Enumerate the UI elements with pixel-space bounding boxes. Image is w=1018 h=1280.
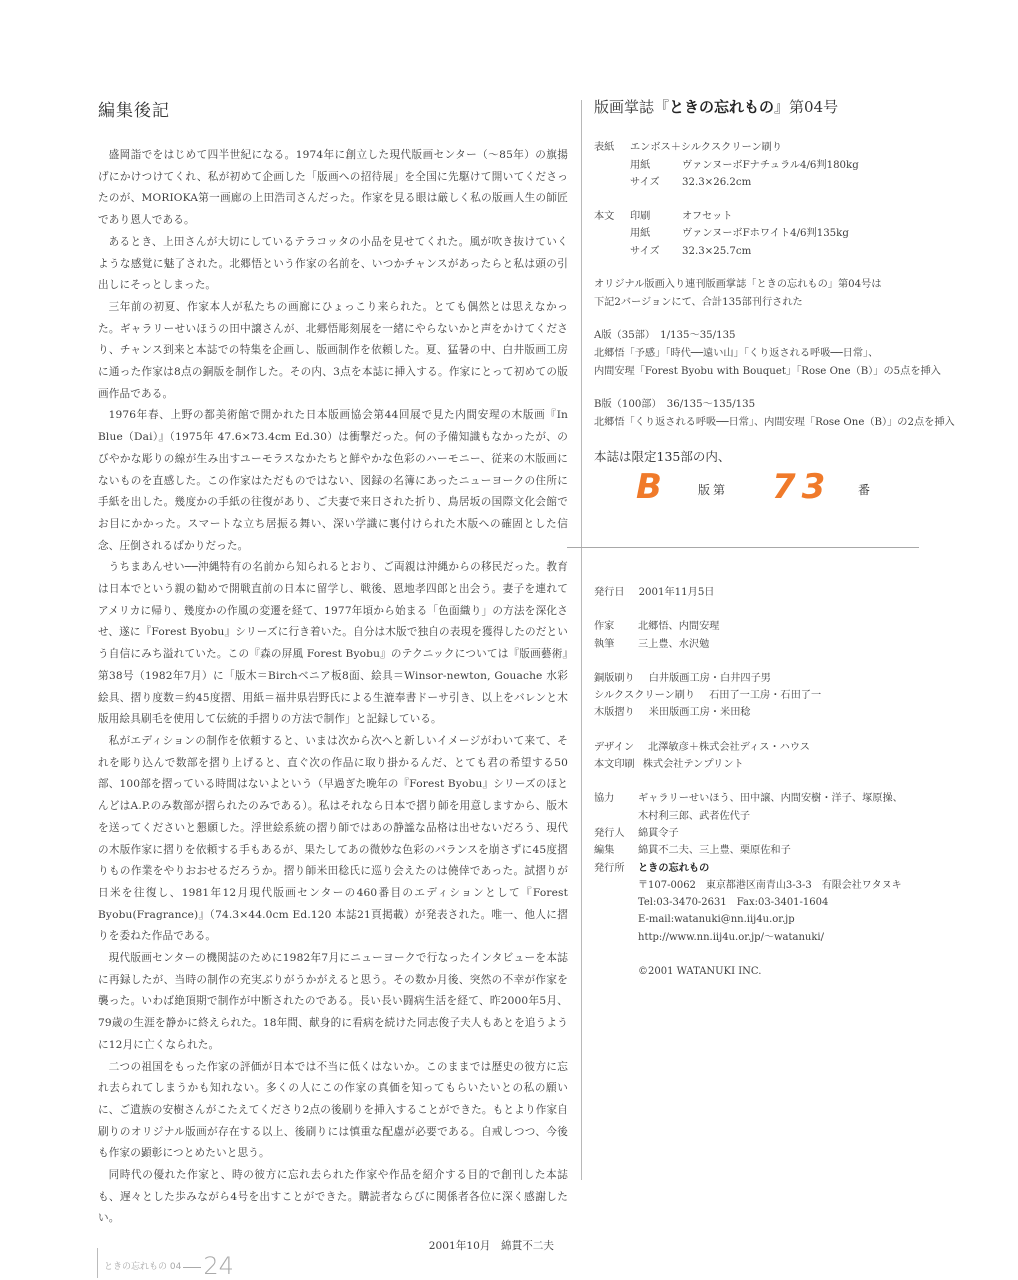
edition-b-line: 北郷悟「くり返される呼吸──日常」、内間安瑆「Rose One（B）」の2点を挿… [594,414,984,432]
publisher-phone-fax: Tel:03-3470-2631 Fax:03-3401-1604 [594,894,994,911]
colophon-key: シルクスクリーン刷り [594,687,695,704]
limited-edition-text: 本誌は限定135部の内、 [594,447,984,465]
colophon-value: 米田版画工房・米田稔 [649,704,751,721]
intro-line: 下記2バージョンにて、合計135部刊行された [594,294,984,312]
publisher-address: 〒107-0062 東京都港区南青山3-3-3 有限会社ワタヌキ [594,877,994,894]
colophon-key: 銅版刷り [594,670,635,687]
colophon-value: 北郷悟、内間安瑆 [638,618,720,635]
colophon-value: 北澤敏彦＋株式会社ディス・ハウス [648,739,810,756]
edition-b: B版（100部） 36/135〜135/135 北郷悟「くり返される呼吸──日常… [594,396,984,432]
colophon-key: 発行人 [594,825,638,842]
publisher-email[interactable]: E-mail:watanuki@nn.iij4u.or.jp [594,911,994,928]
colophon-value: 綿貫不二夫、三上豊、栗原佐和子 [638,842,791,859]
editorial-paragraph: 1976年春、上野の都美術館で開かれた日本版画協会第44回展で見た内間安瑆の木版… [98,405,568,557]
spec-heading: 表紙 [594,139,630,157]
editorial-paragraph: あるとき、上田さんが大切にしているテラコッタの小品を見せてくれた。風が吹き抜けて… [98,232,568,297]
colophon-key: 協力 [594,790,638,807]
footer-magazine-name: ときの忘れもの 04 [104,1259,181,1272]
editorial-paragraph: 二つの祖国をもった作家の評価が日本では不当に低くはないか。このままでは歴史の彼方… [98,1057,568,1166]
colophon-key: 発行日 [594,584,625,601]
colophon-value: 綿貫令子 [638,825,679,842]
publisher-logo: ときの忘れもの [638,860,709,877]
spec-key: サイズ [630,243,682,261]
handwritten-edition-letter: B [636,467,662,507]
section-divider [567,547,919,548]
magazine-title-prefix: 版画掌誌『 [594,98,669,116]
edition-numbering: B 版第 73 番 [594,471,984,517]
cover-spec: 表紙エンボス＋シルクスクリーン刷り 用紙ヴァンヌーボFナチュラル4/6判180k… [594,139,984,192]
spec-key: 印刷 [630,208,682,226]
copyright: ©2001 WATANUKI INC. [594,963,994,980]
spec-value: 32.3×25.7cm [682,243,751,261]
column-divider [581,100,582,1180]
colophon-value: 木村利三郎、武者佐代子 [594,808,994,825]
handwritten-copy-number: 73 [772,467,831,507]
edition-intro: オリジナル版画入り連刊版画掌誌「ときの忘れもの」第04号は 下記2バージョンにて… [594,276,984,312]
colophon-key: デザイン [594,739,634,756]
body-spec: 本文印刷オフセット 用紙ヴァンヌーボFホワイト4/6判135kg サイズ32.3… [594,208,984,261]
editorial-paragraph: 三年前の初夏、作家本人が私たちの画廊にひょっこり来られた。とても偶然とは思えなか… [98,297,568,406]
colophon-value: 株式会社テンプリント [643,756,744,773]
edition-a-line: A版（35部） 1/135〜35/135 [594,327,984,345]
editorial-paragraph: 同時代の優れた作家と、時の彼方に忘れ去られた作家や作品を紹介する目的で創刊した本… [98,1165,568,1230]
colophon-value: 2001年11月5日 [639,584,715,601]
page-number: 24 [203,1254,234,1278]
colophon: 発行日2001年11月5日 作家北郷悟、内間安瑆 執筆三上豊、水沢勉 銅版刷り白… [594,584,994,980]
spec-key: サイズ [630,174,682,192]
colophon-value: ギャラリーせいほう、田中譲、内間安樹・洋子、塚原操、 [638,790,903,807]
spec-key: 用紙 [630,157,682,175]
colophon-value: 三上豊、水沢勉 [638,636,709,653]
spec-key: 用紙 [630,225,682,243]
colophon-value: 白井版画工房・白井四子男 [649,670,771,687]
spec-value: オフセット [682,208,733,226]
colophon-value: 石田了一工房・石田了一 [709,687,821,704]
number-label: 番 [858,481,873,498]
edition-label: 版第 [698,481,728,498]
colophon-key: 執筆 [594,636,638,653]
edition-b-line: B版（100部） 36/135〜135/135 [594,396,984,414]
editorial-paragraph: 私がエディションの制作を依頼すると、いまは次から次へと新しいイメージがわいて来て… [98,731,568,948]
editorial-paragraph: 盛岡詣でをはじめて四半世紀になる。1974年に創立した現代版画センター（〜85年… [98,145,568,232]
edition-a: A版（35部） 1/135〜35/135 北郷悟「予感」「時代──遠い山」「くり… [594,327,984,381]
spec-value: ヴァンヌーボFホワイト4/6判135kg [682,225,849,243]
magazine-logo: ときの忘れもの [669,98,774,116]
colophon-key: 編集 [594,842,638,859]
page-footer: ときの忘れもの 04 24 [97,1248,234,1278]
footer-dash [183,1267,201,1268]
spec-value: 32.3×26.2cm [682,174,751,192]
colophon-key: 発行所 [594,860,638,877]
colophon-key: 本文印刷 [594,756,635,773]
spec-value: エンボス＋シルクスクリーン刷り [630,139,782,157]
editorial-section: 編集後記 盛岡詣でをはじめて四半世紀になる。1974年に創立した現代版画センター… [98,96,568,1253]
edition-a-line: 北郷悟「予感」「時代──遠い山」「くり返される呼吸──日常」、 [594,345,984,363]
editorial-paragraph: うちまあんせい──沖縄特有の名前から知られるとおり、ご両親は沖縄からの移民だった… [98,557,568,731]
magazine-title: 版画掌誌『ときの忘れもの』第04号 [594,96,984,117]
editorial-paragraph: 現代版画センターの機関誌のために1982年7月にニューヨークで行なったインタビュ… [98,948,568,1057]
colophon-key: 作家 [594,618,638,635]
spec-value: ヴァンヌーボFナチュラル4/6判180kg [682,157,859,175]
spec-heading: 本文 [594,208,630,226]
intro-line: オリジナル版画入り連刊版画掌誌「ときの忘れもの」第04号は [594,276,984,294]
publisher-url[interactable]: http://www.nn.iij4u.or.jp/〜watanuki/ [594,929,994,946]
magazine-spec-section: 版画掌誌『ときの忘れもの』第04号 表紙エンボス＋シルクスクリーン刷り 用紙ヴァ… [594,96,984,517]
colophon-key: 木版摺り [594,704,635,721]
magazine-title-suffix: 』第04号 [774,98,838,116]
page-title: 編集後記 [98,96,568,121]
edition-a-line: 内間安瑆「Forest Byobu with Bouquet」「Rose One… [594,363,984,381]
